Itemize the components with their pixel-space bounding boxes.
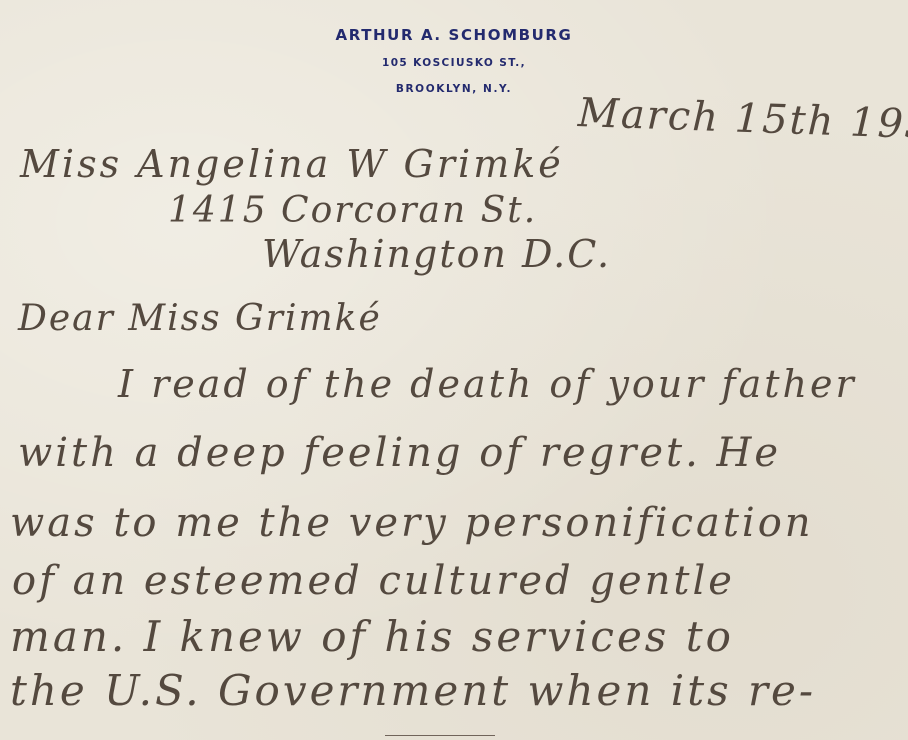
recipient-name: Miss Angelina W Grimké [20, 142, 564, 186]
recipient-city: Washington D.C. [262, 232, 611, 276]
salutation: Dear Miss Grimké [18, 298, 382, 339]
body-line: of an esteemed cultured gentle [12, 558, 735, 604]
letter-page: ARTHUR A. SCHOMBURG 105 KOSCIUSKO ST., B… [0, 0, 908, 740]
body-line: with a deep feeling of regret. He [18, 430, 781, 476]
body-line: the U.S. Government when its re- [10, 666, 816, 715]
recipient-street: 1415 Corcoran St. [168, 190, 537, 231]
pen-flourish [385, 735, 495, 736]
letter-date: March 15th 1930 [577, 90, 908, 149]
letterhead-street: 105 KOSCIUSKO ST., [0, 57, 908, 69]
letterhead-city: BROOKLYN, N.Y. [0, 83, 908, 95]
letterhead-name: ARTHUR A. SCHOMBURG [0, 26, 908, 44]
body-line: I read of the death of your father [118, 362, 857, 406]
body-line: man. I knew of his services to [10, 612, 734, 661]
body-line: was to me the very personification [10, 500, 814, 546]
